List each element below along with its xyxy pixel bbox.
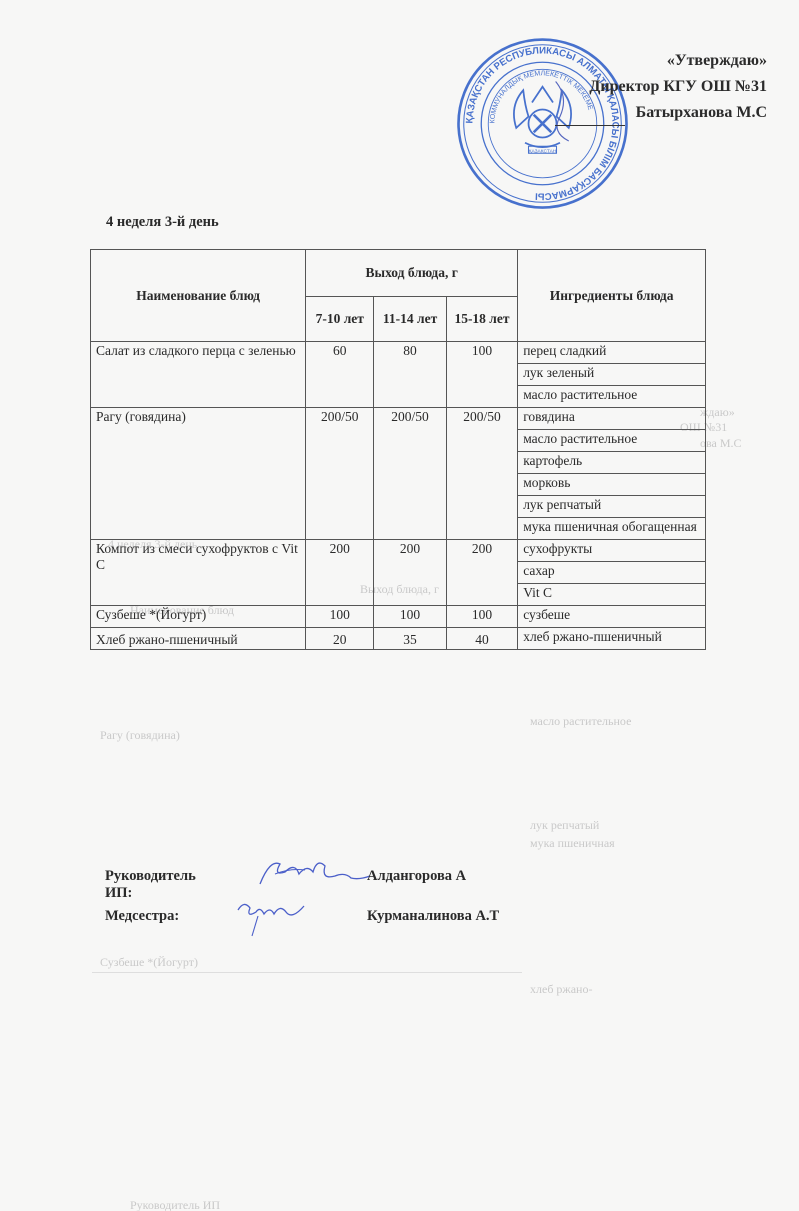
menu-table: Наименование блюд Выход блюда, г Ингреди… [90, 249, 706, 650]
dish-name-cell: Рагу (говядина) [91, 408, 306, 540]
header-ingredients: Ингредиенты блюда [518, 250, 706, 342]
ingredient-cell: сузбеше [518, 606, 706, 628]
header-age-15-18: 15-18 лет [446, 297, 517, 342]
dish-name-cell: Сузбеше *(Йогурт) [91, 606, 306, 628]
ingredient-cell: говядина [518, 408, 706, 430]
header-age-7-10: 7-10 лет [306, 297, 374, 342]
table-row: Салат из сладкого перца с зеленью6080100… [91, 342, 706, 364]
bleed-through-text: Рагу (говядина) [100, 728, 180, 743]
yield-7-10-cell: 200/50 [306, 408, 374, 540]
signature-role: Руководитель ИП: [105, 868, 196, 902]
handwritten-signature-icon [230, 896, 310, 938]
approver-name: Батырханова М.С [589, 100, 767, 126]
ingredient-cell: Vit C [518, 584, 706, 606]
yield-15-18-cell: 100 [446, 606, 517, 628]
bleed-through-text: мука пшеничная [530, 836, 615, 851]
ingredient-cell: масло растительное [518, 386, 706, 408]
yield-11-14-cell: 200 [374, 540, 446, 606]
ingredient-cell: сахар [518, 562, 706, 584]
bleed-through-text: Руководитель ИП [130, 1198, 220, 1211]
yield-7-10-cell: 60 [306, 342, 374, 408]
bleed-through-text: лук репчатый [530, 818, 599, 833]
table-row: Хлеб ржано-пшеничный203540хлеб ржано-пше… [91, 628, 706, 650]
yield-15-18-cell: 40 [446, 628, 517, 650]
yield-15-18-cell: 100 [446, 342, 517, 408]
bleed-through-line [92, 972, 522, 973]
ingredient-cell: масло растительное [518, 430, 706, 452]
bleed-through-text: хлеб ржано- [530, 982, 592, 997]
table-row: Сузбеше *(Йогурт)100100100сузбеше [91, 606, 706, 628]
menu-day-title: 4 неделя 3-й день [106, 214, 219, 231]
ingredient-cell: хлеб ржано-пшеничный [518, 628, 706, 650]
approval-heading: «Утверждаю» [589, 48, 767, 74]
ingredient-cell: сухофрукты [518, 540, 706, 562]
dish-name-cell: Компот из смеси сухофруктов с Vit C [91, 540, 306, 606]
bleed-through-text: масло растительное [530, 714, 631, 729]
header-yield: Выход блюда, г [306, 250, 518, 297]
signature-name: Курманалинова А.Т [367, 908, 499, 925]
dish-name-cell: Хлеб ржано-пшеничный [91, 628, 306, 650]
approval-block: «Утверждаю» Директор КГУ ОШ №31 Батырхан… [589, 48, 767, 126]
yield-7-10-cell: 20 [306, 628, 374, 650]
yield-11-14-cell: 35 [374, 628, 446, 650]
bleed-through-text: ова М.С [700, 436, 742, 451]
yield-11-14-cell: 100 [374, 606, 446, 628]
svg-text:КОММУНАЛДЫҚ МЕМЛЕКЕТТІК МЕКЕМЕ: КОММУНАЛДЫҚ МЕМЛЕКЕТТІК МЕКЕМЕ [489, 70, 593, 123]
header-dish-name: Наименование блюд [91, 250, 306, 342]
yield-15-18-cell: 200 [446, 540, 517, 606]
yield-11-14-cell: 80 [374, 342, 446, 408]
approver-position: Директор КГУ ОШ №31 [589, 74, 767, 100]
bleed-through-text: Сузбеше *(Йогурт) [100, 955, 198, 970]
ingredient-cell: перец сладкий [518, 342, 706, 364]
table-row: Компот из смеси сухофруктов с Vit C20020… [91, 540, 706, 562]
signature-name: Алдангорова А [367, 868, 466, 885]
yield-7-10-cell: 100 [306, 606, 374, 628]
header-age-11-14: 11-14 лет [374, 297, 446, 342]
yield-15-18-cell: 200/50 [446, 408, 517, 540]
dish-name-cell: Салат из сладкого перца с зеленью [91, 342, 306, 408]
table-row: Рагу (говядина)200/50200/50200/50говядин… [91, 408, 706, 430]
svg-text:ҚАЗАҚСТАН: ҚАЗАҚСТАН [529, 148, 557, 154]
ingredient-cell: морковь [518, 474, 706, 496]
ingredient-cell: лук зеленый [518, 364, 706, 386]
ingredient-cell: мука пшеничная обогащенная [518, 518, 706, 540]
ingredient-cell: картофель [518, 452, 706, 474]
ingredient-cell: лук репчатый [518, 496, 706, 518]
signature-role: Медсестра: [105, 908, 179, 925]
handwritten-signature-icon [255, 854, 375, 890]
yield-11-14-cell: 200/50 [374, 408, 446, 540]
signature-line [555, 125, 625, 126]
yield-7-10-cell: 200 [306, 540, 374, 606]
